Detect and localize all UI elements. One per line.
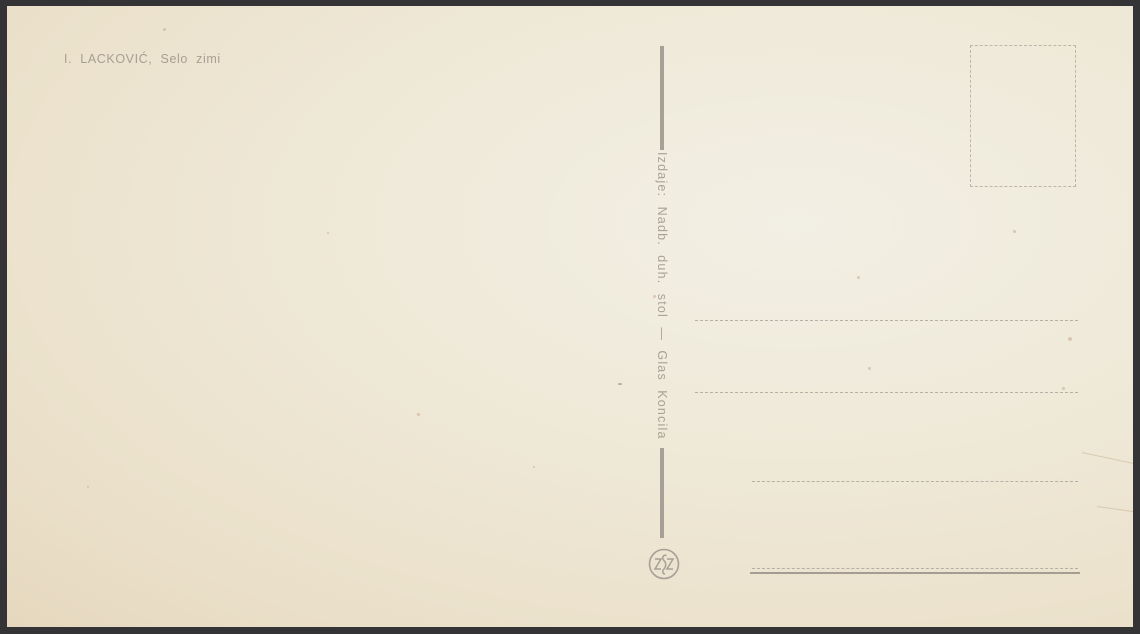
paper-speck bbox=[868, 367, 871, 370]
artwork-caption: I. LACKOVIĆ, Selo zimi bbox=[64, 52, 221, 66]
paper-crease bbox=[1097, 506, 1133, 513]
paper-speck bbox=[1013, 230, 1016, 233]
paper-speck bbox=[1062, 387, 1065, 390]
address-underline bbox=[750, 572, 1080, 574]
address-line-2 bbox=[695, 392, 1078, 393]
paper-speck bbox=[618, 383, 622, 385]
paper-crease bbox=[1082, 452, 1133, 464]
address-line-3 bbox=[752, 481, 1078, 482]
paper-speck bbox=[1068, 337, 1072, 341]
publisher-logo-icon bbox=[648, 548, 680, 580]
stamp-box bbox=[970, 45, 1076, 187]
address-line-4 bbox=[752, 568, 1078, 569]
paper-speck bbox=[87, 486, 89, 488]
paper-speck bbox=[857, 276, 860, 279]
divider-bar-bottom bbox=[660, 448, 664, 538]
postcard-back: I. LACKOVIĆ, Selo zimi Izdaje: Nadb. duh… bbox=[7, 6, 1133, 627]
publisher-text: Izdaje: Nadb. duh. stol — Glas Koncila bbox=[654, 152, 670, 448]
address-line-1 bbox=[695, 320, 1078, 321]
divider-bar-top bbox=[660, 46, 664, 150]
paper-speck bbox=[533, 466, 535, 468]
paper-speck bbox=[327, 232, 329, 234]
paper-speck bbox=[163, 28, 166, 31]
paper-speck bbox=[417, 413, 420, 416]
